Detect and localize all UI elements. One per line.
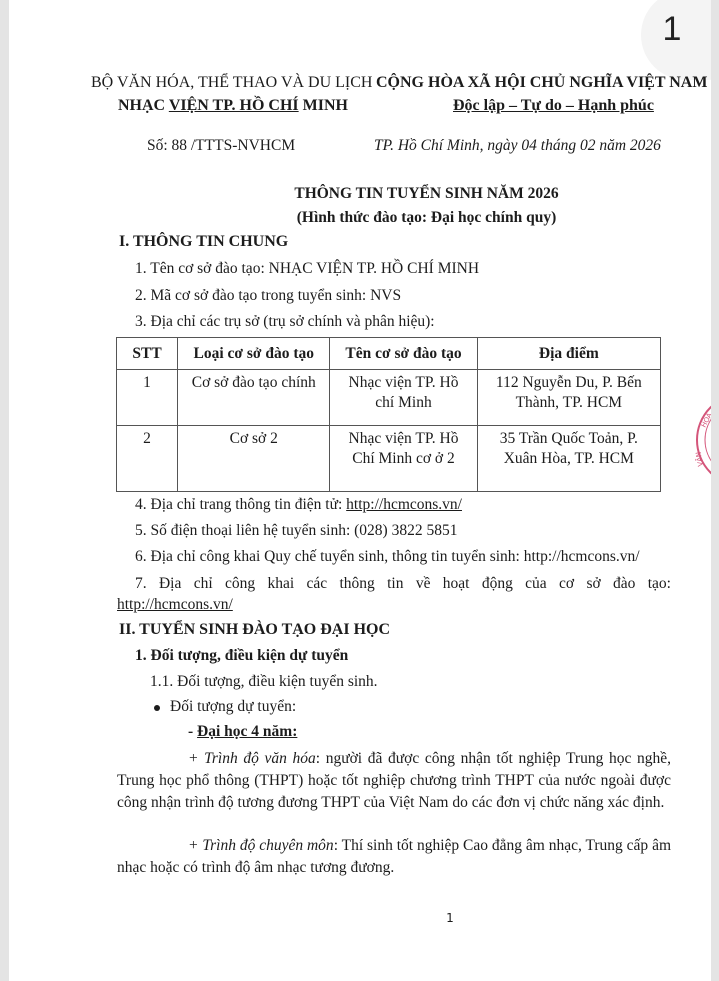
cell-name-line: chí Minh — [375, 394, 431, 411]
place-date: TP. Hồ Chí Minh, ngày 04 tháng 02 năm 20… — [374, 137, 661, 155]
program-prefix: - — [188, 723, 197, 740]
column-header-stt: STT — [117, 338, 178, 370]
footer-page-number: 1 — [9, 911, 711, 925]
activities-address-item: 7. Địa chỉ công khai các thông tin về ho… — [135, 575, 671, 593]
education-level-label: + Trình độ văn hóa — [188, 750, 316, 767]
cell-type: Cơ sở 2 — [178, 426, 330, 492]
bullet-icon — [154, 705, 160, 711]
program-label: - Đại học 4 năm: — [188, 723, 297, 741]
document-subtitle: (Hình thức đào tạo: Đại học chính quy) — [9, 209, 711, 227]
svg-text:VĂN: VĂN — [694, 451, 705, 467]
cell-location-line: 112 Nguyễn Du, P. Bến — [496, 374, 642, 391]
education-level-paragraph: + Trình độ văn hóa: người đã được công n… — [117, 748, 671, 813]
document-number: Số: 88 /TTTS-NVHCM — [147, 137, 295, 155]
cell-name-line: Nhạc viện TP. Hồ — [349, 374, 459, 391]
cell-name: Nhạc viện TP. HồChí Minh cơ ở 2 — [330, 426, 477, 492]
candidates-bullet: Đối tượng dự tuyển: — [170, 698, 296, 716]
cell-type: Cơ sở đào tạo chính — [178, 370, 330, 426]
cell-stt: 2 — [117, 426, 178, 492]
cell-location-line: Xuân Hòa, TP. HCM — [504, 450, 634, 467]
table-header-row: STT Loại cơ sở đào tạo Tên cơ sở đào tạo… — [117, 338, 661, 370]
cell-location: 35 Trần Quốc Toản, P.Xuân Hòa, TP. HCM — [477, 426, 660, 492]
website-item: 4. Địa chỉ trang thông tin điện tử: http… — [135, 496, 462, 514]
cell-location: 112 Nguyễn Du, P. BếnThành, TP. HCM — [477, 370, 660, 426]
cell-name-line: Chí Minh cơ ở 2 — [352, 450, 455, 467]
ministry-name: BỘ VĂN HÓA, THỂ THAO VÀ DU LỊCH — [91, 74, 372, 92]
official-stamp-icon: HÓA VĂN — [683, 392, 711, 492]
professional-level-paragraph: + Trình độ chuyên môn: Thí sinh tốt nghi… — [117, 835, 671, 879]
table-row: 1 Cơ sở đào tạo chính Nhạc viện TP. Hồch… — [117, 370, 661, 426]
institution-name-underlined: VIỆN TP. HỒ CHÍ — [169, 97, 299, 114]
institution-name-part: NHẠC — [118, 97, 169, 114]
subsection-heading-eligibility: 1. Đối tượng, điều kiện dự tuyển — [135, 647, 348, 665]
regulations-address-item: 6. Địa chỉ công khai Quy chế tuyển sinh,… — [135, 548, 640, 566]
institution-name: NHẠC VIỆN TP. HỒ CHÍ MINH — [118, 97, 348, 115]
section-heading-general-info: I. THÔNG TIN CHUNG — [119, 233, 288, 251]
national-title: CỘNG HÒA XÃ HỘI CHỦ NGHĨA VIỆT NAM — [376, 74, 707, 92]
institution-name-item: 1. Tên cơ sở đào tạo: NHẠC VIỆN TP. HỒ C… — [135, 260, 479, 278]
website-link[interactable]: http://hcmcons.vn/ — [346, 496, 462, 513]
cell-location-line: 35 Trần Quốc Toản, P. — [500, 430, 638, 447]
document-title: THÔNG TIN TUYỂN SINH NĂM 2026 — [9, 185, 711, 203]
subsection-eligibility-conditions: 1.1. Đối tượng, điều kiện tuyển sinh. — [150, 673, 378, 691]
professional-level-label: + Trình độ chuyên môn — [188, 837, 334, 854]
cell-name-line: Nhạc viện TP. Hồ — [349, 430, 459, 447]
page-indicator: 1 — [642, 10, 702, 49]
website-label: 4. Địa chỉ trang thông tin điện tử: — [135, 496, 346, 513]
cell-location-line: Thành, TP. HCM — [516, 394, 623, 411]
viewer-right-gutter — [711, 0, 719, 981]
campus-table: STT Loại cơ sở đào tạo Tên cơ sở đào tạo… — [116, 337, 661, 492]
document-page: 1 BỘ VĂN HÓA, THỂ THAO VÀ DU LỊCH NHẠC V… — [9, 0, 711, 981]
cell-name: Nhạc viện TP. Hồchí Minh — [330, 370, 477, 426]
institution-code-item: 2. Mã cơ sở đào tạo trong tuyển sinh: NV… — [135, 287, 401, 305]
column-header-location: Địa điểm — [477, 338, 660, 370]
column-header-name: Tên cơ sở đào tạo — [330, 338, 477, 370]
national-motto: Độc lập – Tự do – Hạnh phúc — [453, 97, 654, 115]
activities-address-link[interactable]: http://hcmcons.vn/ — [117, 596, 233, 614]
institution-name-part: MINH — [299, 97, 348, 114]
cell-stt: 1 — [117, 370, 178, 426]
phone-item: 5. Số điện thoại liên hệ tuyển sinh: (02… — [135, 522, 457, 540]
addresses-item: 3. Địa chỉ các trụ sở (trụ sở chính và p… — [135, 313, 435, 331]
table-row: 2 Cơ sở 2 Nhạc viện TP. HồChí Minh cơ ở … — [117, 426, 661, 492]
program-name: Đại học 4 năm: — [197, 723, 297, 740]
section-heading-undergraduate: II. TUYỂN SINH ĐÀO TẠO ĐẠI HỌC — [119, 621, 390, 639]
column-header-type: Loại cơ sở đào tạo — [178, 338, 330, 370]
